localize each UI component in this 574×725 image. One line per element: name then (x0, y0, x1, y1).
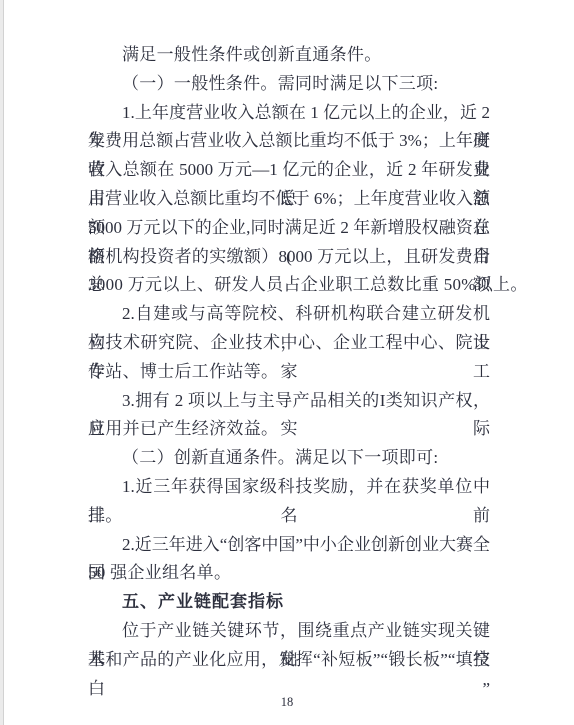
text-line: 满足一般性条件或创新直通条件。 (88, 41, 490, 70)
text-line: 五、产业链配套指标 (88, 588, 490, 617)
page-number: 18 (0, 694, 574, 710)
text-line: 格机构投资者的实缴额）8000 万元以上，且研发费用总额 (88, 243, 490, 272)
text-line: 收入总额在 5000 万元—1 亿元的企业，近 2 年研发费用总额 (88, 156, 490, 185)
text-line: 1.近三年获得国家级科技奖励，并在获奖单位中排名前 (88, 473, 490, 502)
text-line: 1.上年度营业收入总额在 1 亿元以上的企业，近 2 年研 (88, 99, 490, 128)
text-line: 发费用总额占营业收入总额比重均不低于 3%；上年度营业 (88, 127, 490, 156)
text-line: （一）一般性条件。需同时满足以下三项: (88, 70, 490, 99)
text-line: 3000 万元以上、研发人员占企业职工总数比重 50%以上。 (88, 271, 490, 300)
text-line: 术和产品的产业化应用，发挥“补短板”“锻长板”“填空白” (88, 646, 490, 675)
text-line: 2.自建或与高等院校、科研机构联合建立研发机构，设 (88, 300, 490, 329)
text-line: 占营业收入总额比重均不低于 6%；上年度营业收入总额在 (88, 185, 490, 214)
document-page: 满足一般性条件或创新直通条件。（一）一般性条件。需同时满足以下三项:1.上年度营… (0, 0, 574, 725)
text-line: 位于产业链关键环节，围绕重点产业链实现关键基础技 (88, 617, 490, 646)
document-body: 满足一般性条件或创新直通条件。（一）一般性条件。需同时满足以下三项:1.上年度营… (88, 41, 490, 675)
text-line: 立技术研究院、企业技术中心、企业工程中心、院士专家工 (88, 329, 490, 358)
text-line: 2.近三年进入“创客中国”中小企业创新创业大赛全国 (88, 531, 490, 560)
text-line: 3.拥有 2 项以上与主导产品相关的I类知识产权，且实际 (88, 387, 490, 416)
text-line: 50 强企业组名单。 (88, 559, 490, 588)
text-line: （二）创新直通条件。满足以下一项即可: (88, 444, 490, 473)
page-left-edge (0, 0, 4, 725)
text-line: 5000 万元以下的企业,同时满足近 2 年新增股权融资总额(合 (88, 214, 490, 243)
